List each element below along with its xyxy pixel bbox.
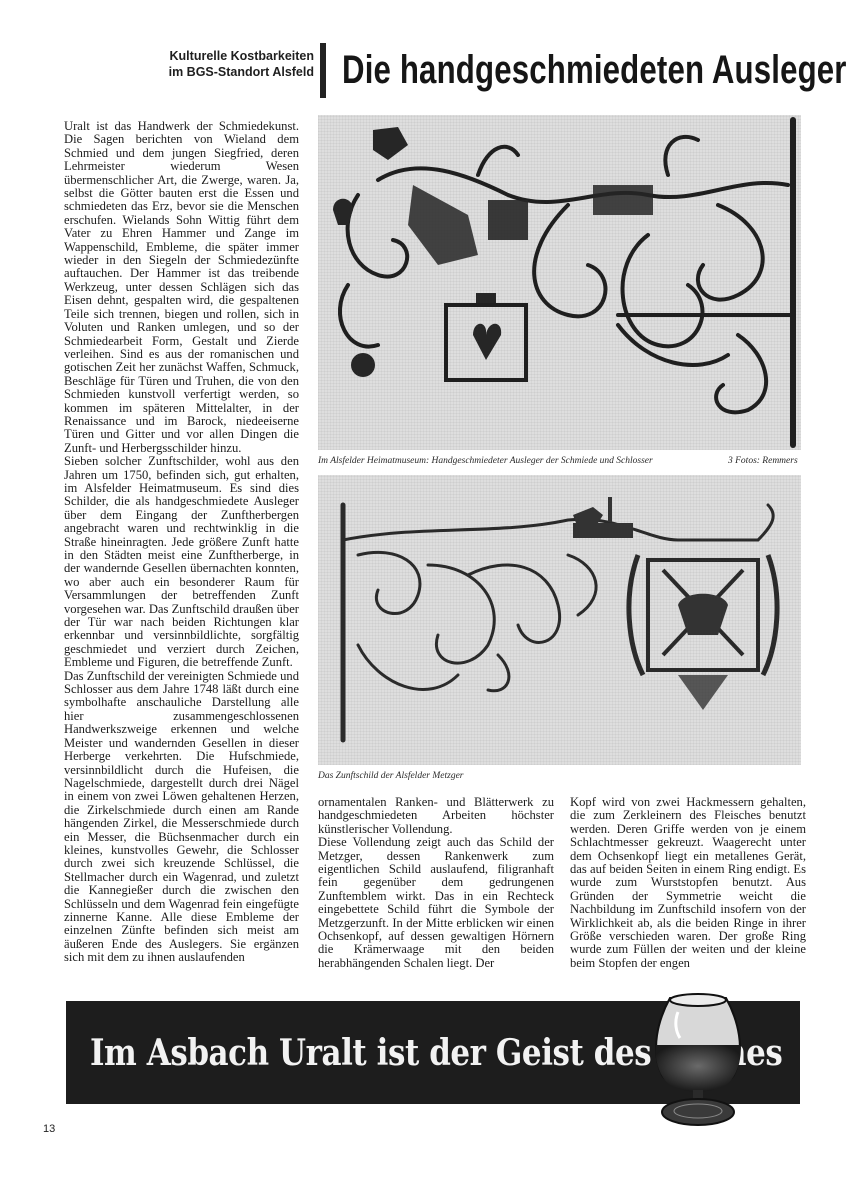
photo-credit: 3 Fotos: Remmers <box>728 456 798 466</box>
photo-metzger-zunftschild <box>318 475 801 765</box>
paragraph: ornamentalen Ranken- und Blätterwerk zu … <box>318 796 554 836</box>
paragraph: Das Zunftschild der vereinigten Schmiede… <box>64 670 299 965</box>
headline: Die handgeschmiedeten Ausleger <box>342 42 709 98</box>
paragraph: Diese Vollendung zeigt auch das Schild d… <box>318 836 554 970</box>
paragraph: Uralt ist das Handwerk der Schmiedekunst… <box>64 120 299 455</box>
kicker-line-2: im BGS-Standort Alsfeld <box>139 64 314 80</box>
paragraph: Sieben solcher Zunftschilder, wohl aus d… <box>64 455 299 670</box>
page-number: 13 <box>43 1123 55 1135</box>
butcher-guild-sign-illustration <box>318 475 801 765</box>
article-column-2: ornamentalen Ranken- und Blätterwerk zu … <box>318 796 554 970</box>
paragraph: Kopf wird von zwei Hackmessern gehalten,… <box>570 796 806 970</box>
kicker-line-1: Kulturelle Kostbarkeiten <box>139 48 314 64</box>
article-column-1: Uralt ist das Handwerk der Schmiedekunst… <box>64 120 299 965</box>
wrought-iron-sign-illustration <box>318 115 801 450</box>
photo-2-caption: Das Zunftschild der Alsfelder Metzger <box>318 771 463 781</box>
kicker: Kulturelle Kostbarkeiten im BGS-Standort… <box>139 48 314 80</box>
article-column-3: Kopf wird von zwei Hackmessern gehalten,… <box>570 796 806 970</box>
headline-divider <box>320 43 326 98</box>
brandy-glass-icon <box>648 990 748 1132</box>
photo-1-caption: Im Alsfelder Heimatmuseum: Handgeschmied… <box>318 456 653 466</box>
photo-schmiede-schlosser-ausleger <box>318 115 801 450</box>
